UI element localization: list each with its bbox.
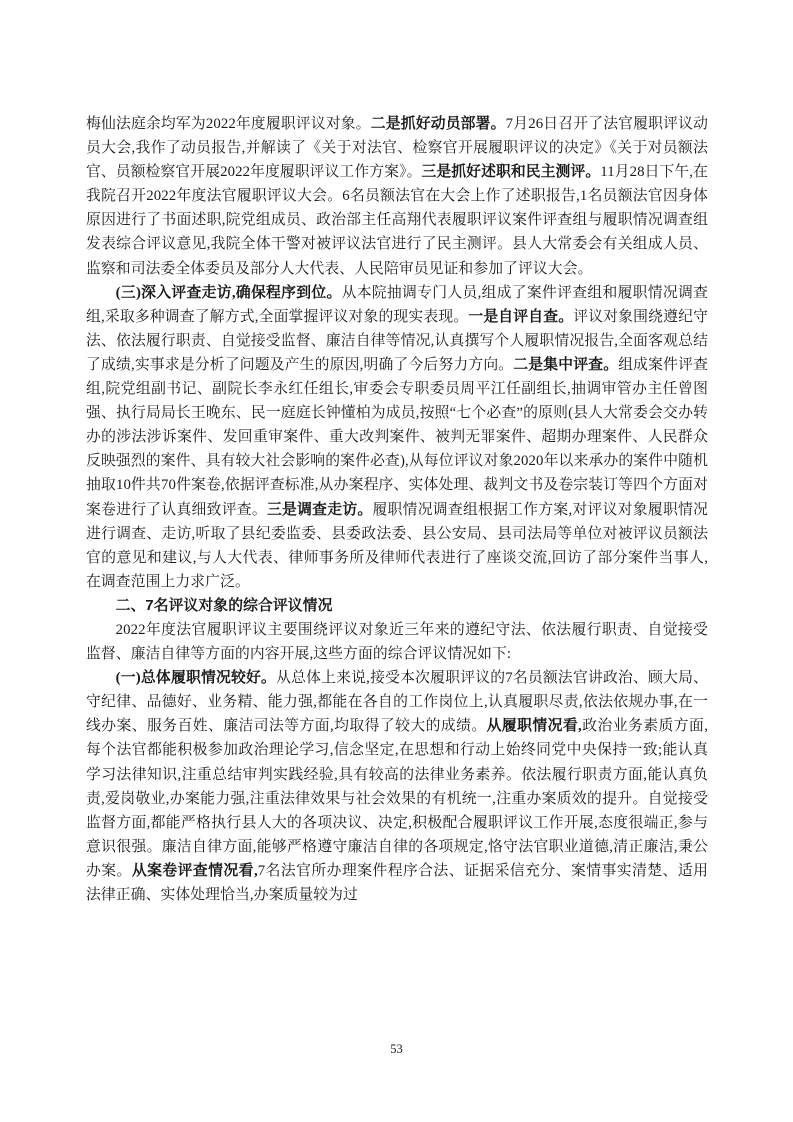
text-run: 11月28日下午,在我院召开2022年度法官履职评议大会。6名员额法官在大会上作… [86, 164, 708, 276]
bold-text-run: 从履职情况看, [487, 718, 582, 734]
body-text: 梅仙法庭余均军为2022年度履职评议对象。二是抓好动员部署。7月26日召开了法官… [86, 112, 708, 907]
bold-text-run: (一)总体履职情况较好。 [116, 670, 276, 686]
bold-text-run: 二是抓好动员部署。 [371, 116, 506, 132]
bold-text-run: 从案卷评查情况看, [132, 863, 258, 879]
text-run: 政治业务素质方面,每个法官都能积极参加政治理论学习,信念坚定,在思想和行动上始终… [86, 718, 708, 879]
text-run: 2022年度法官履职评议主要围绕评议对象近三年来的遵纪守法、依法履行职责、自觉接… [86, 622, 708, 662]
paragraph-section-three: (三)深入评查走访,确保程序到位。从本院抽调专门人员,组成了案件评查组和履职情况… [86, 281, 708, 594]
bold-text-run: 一是自评自查。 [468, 309, 573, 325]
paragraph-subsection-one: (一)总体履职情况较好。从总体上来说,接受本次履职评议的7名员额法官讲政治、顾大… [86, 666, 708, 907]
paragraph-continuation: 梅仙法庭余均军为2022年度履职评议对象。二是抓好动员部署。7月26日召开了法官… [86, 112, 708, 281]
paragraph-overview: 2022年度法官履职评议主要围绕评议对象近三年来的遵纪守法、依法履行职责、自觉接… [86, 618, 708, 666]
page-number: 53 [0, 1042, 793, 1056]
heading-text: 二、7名评议对象的综合评议情况 [116, 598, 333, 614]
text-run: 梅仙法庭余均军为2022年度履职评议对象。 [86, 116, 371, 132]
bold-text-run: 三是调查走访。 [267, 502, 373, 518]
text-run: 组成案件评查组,院党组副书记、副院长李永红任组长,审委会专职委员周平江任副组长,… [86, 357, 708, 518]
bold-text-run: 三是抓好述职和民主测评。 [421, 164, 600, 180]
section-heading: 二、7名评议对象的综合评议情况 [86, 594, 708, 618]
bold-text-run: (三)深入评查走访,确保程序到位。 [116, 285, 342, 301]
document-page: 梅仙法庭余均军为2022年度履职评议对象。二是抓好动员部署。7月26日召开了法官… [0, 0, 793, 1122]
bold-text-run: 二是集中评查。 [513, 357, 618, 373]
